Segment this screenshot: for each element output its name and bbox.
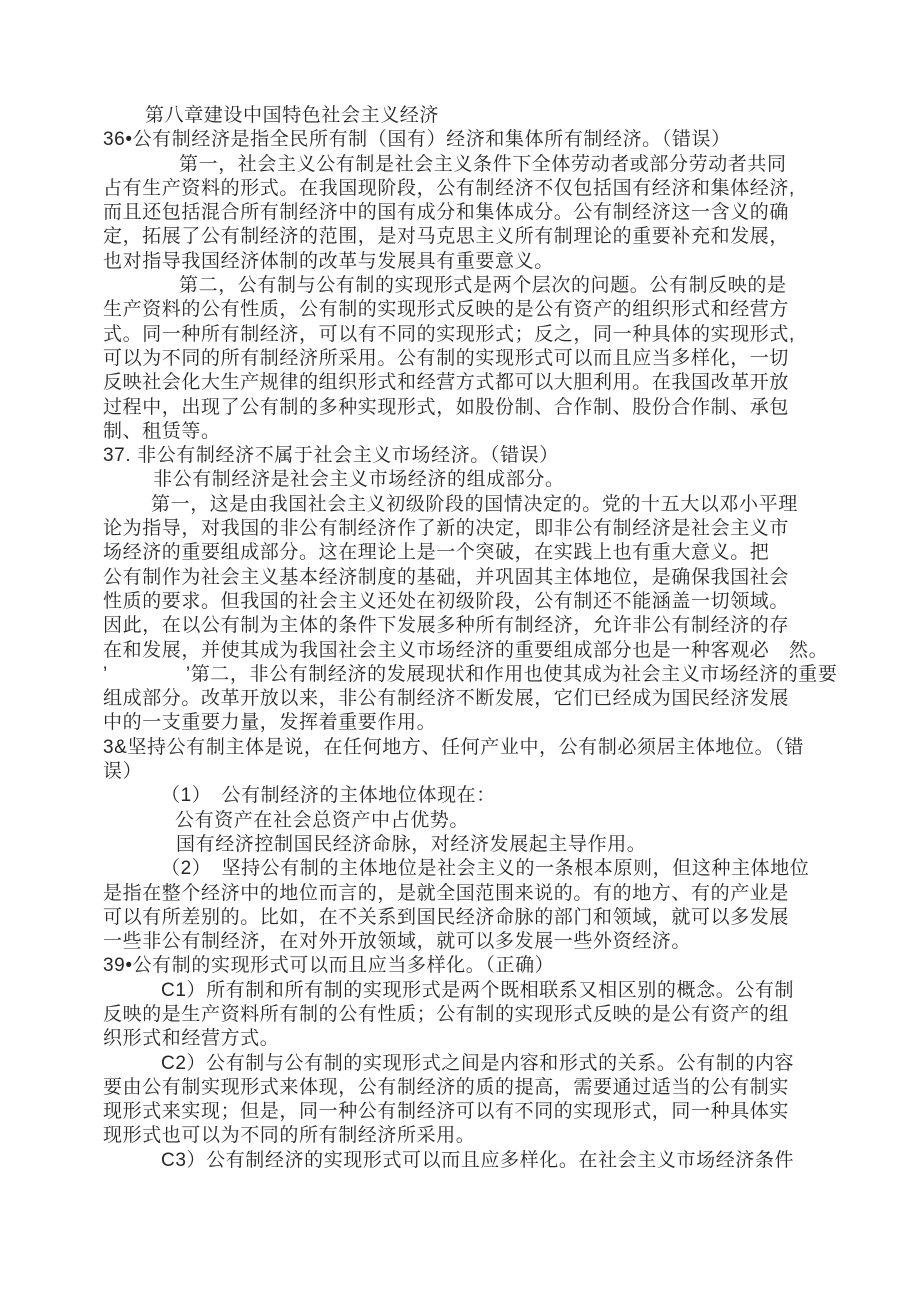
text-line: C2）公有制与公有制的实现形式之间是内容和形式的关系。公有制的内容 [103, 1052, 873, 1076]
text-line: 3&坚持公有制主体是说，在任何地方、任何产业中，公有制必须居主体地位。（错 [103, 736, 873, 760]
text-line: 在和发展，并使其成为我国社会主义市场经济的重要组成部分也是一种客观必 然。 [103, 639, 873, 663]
text-line: 也对指导我国经济体制的改革与发展具有重要意义。 [103, 250, 873, 274]
text-line: 是指在整个经济中的地位而言的，是就全国范围来说的。有的地方、有的产业是 [103, 882, 873, 906]
text-line: 生产资料的公有性质，公有制的实现形式反映的是公有资产的组织形式和经营方 [103, 298, 873, 322]
document-body: 第八章建设中国特色社会主义经济36•公有制经济是指全民所有制（国有）经济和集体所… [103, 104, 873, 1173]
text-line: 场经济的重要组成部分。这在理论上是一个突破，在实践上也有重大意义。把 [103, 541, 873, 565]
text-line: 反映的是生产资料所有制的公有性质；公有制的实现形式反映的是公有资产的组 [103, 1003, 873, 1027]
text-line: 式。同一种所有制经济，可以有不同的实现形式；反之，同一种具体的实现形式, [103, 323, 873, 347]
text-line: 36•公有制经济是指全民所有制（国有）经济和集体所有制经济。（错误） [103, 128, 873, 152]
text-line: 第一，社会主义公有制是社会主义条件下全体劳动者或部分劳动者共同 [103, 153, 873, 177]
text-line: 制、租赁等。 [103, 420, 873, 444]
text-line: 反映社会化大生产规律的组织形式和经营方式都可以大胆利用。在我国改革开放 [103, 371, 873, 395]
document-heading: 第八章建设中国特色社会主义经济 [103, 104, 873, 128]
text-line: 非公有制经济是社会主义市场经济的组成部分。 [103, 468, 873, 492]
text-line: （1） 公有制经济的主体地位体现在： [103, 784, 873, 808]
text-line: 现形式也可以为不同的所有制经济所采用。 [103, 1124, 873, 1148]
document-page: 第八章建设中国特色社会主义经济36•公有制经济是指全民所有制（国有）经济和集体所… [0, 0, 920, 1302]
text-line: 39•公有制的实现形式可以而且应当多样化。（正确） [103, 954, 873, 978]
text-line: 中的一支重要力量，发挥着重要作用。 [103, 711, 873, 735]
text-line: 37. 非公有制经济不属于社会主义市场经济。（错误） [103, 444, 873, 468]
text-line: 定，拓展了公有制经济的范围，是对马克思主义所有制理论的重要补充和发展， [103, 225, 873, 249]
text-line: 因此，在以公有制为主体的条件下发展多种所有制经济，允许非公有制经济的存 [103, 614, 873, 638]
text-line: 公有制作为社会主义基本经济制度的基础，并巩固其主体地位，是确保我国社会 [103, 566, 873, 590]
text-line: C1）所有制和所有制的实现形式是两个既相联系又相区别的概念。公有制 [103, 979, 873, 1003]
text-line: C3）公有制经济的实现形式可以而且应多样化。在社会主义市场经济条件 [103, 1149, 873, 1173]
text-line: 占有生产资料的形式。在我国现阶段，公有制经济不仅包括国有经济和集体经济, [103, 177, 873, 201]
text-line: 而且还包括混合所有制经济中的国有成分和集体成分。公有制经济这一含义的确 [103, 201, 873, 225]
text-line: （2） 坚持公有制的主体地位是社会主义的一条根本原则，但这种主体地位 [103, 857, 873, 881]
text-line: 过程中，出现了公有制的多种实现形式，如股份制、合作制、股份合作制、承包 [103, 396, 873, 420]
text-line: 一些非公有制经济，在对外开放领域，就可以多发展一些外资经济。 [103, 930, 873, 954]
text-line: 织形式和经营方式。 [103, 1027, 873, 1051]
text-line: 第一，这是由我国社会主义初级阶段的国情决定的。党的十五大以邓小平理 [103, 493, 873, 517]
text-line: 国有经济控制国民经济命脉，对经济发展起主导作用。 [103, 833, 873, 857]
text-line: 第二，公有制与公有制的实现形式是两个层次的问题。公有制反映的是 [103, 274, 873, 298]
text-line: 公有资产在社会总资产中占优势。 [103, 809, 873, 833]
text-line: 性质的要求。但我国的社会主义还处在初级阶段，公有制还不能涵盖一切领域。 [103, 590, 873, 614]
text-line: 论为指导，对我国的非公有制经济作了新的决定，即非公有制经济是社会主义市 [103, 517, 873, 541]
text-line: 可以为不同的所有制经济所采用。公有制的实现形式可以而且应当多样化，一切 [103, 347, 873, 371]
text-line: 误） [103, 760, 873, 784]
text-line: 要由公有制实现形式来体现，公有制经济的质的提高，需要通过适当的公有制实 [103, 1076, 873, 1100]
text-line: ’ ’第二，非公有制经济的发展现状和作用也使其成为社会主义市场经济的重要 [103, 663, 873, 687]
text-line: 可以有所差别的。比如，在不关系到国民经济命脉的部门和领域，就可以多发展 [103, 906, 873, 930]
text-line: 组成部分。改革开放以来，非公有制经济不断发展，它们已经成为国民经济发展 [103, 687, 873, 711]
text-line: 现形式来实现；但是，同一种公有制经济可以有不同的实现形式，同一种具体实 [103, 1100, 873, 1124]
